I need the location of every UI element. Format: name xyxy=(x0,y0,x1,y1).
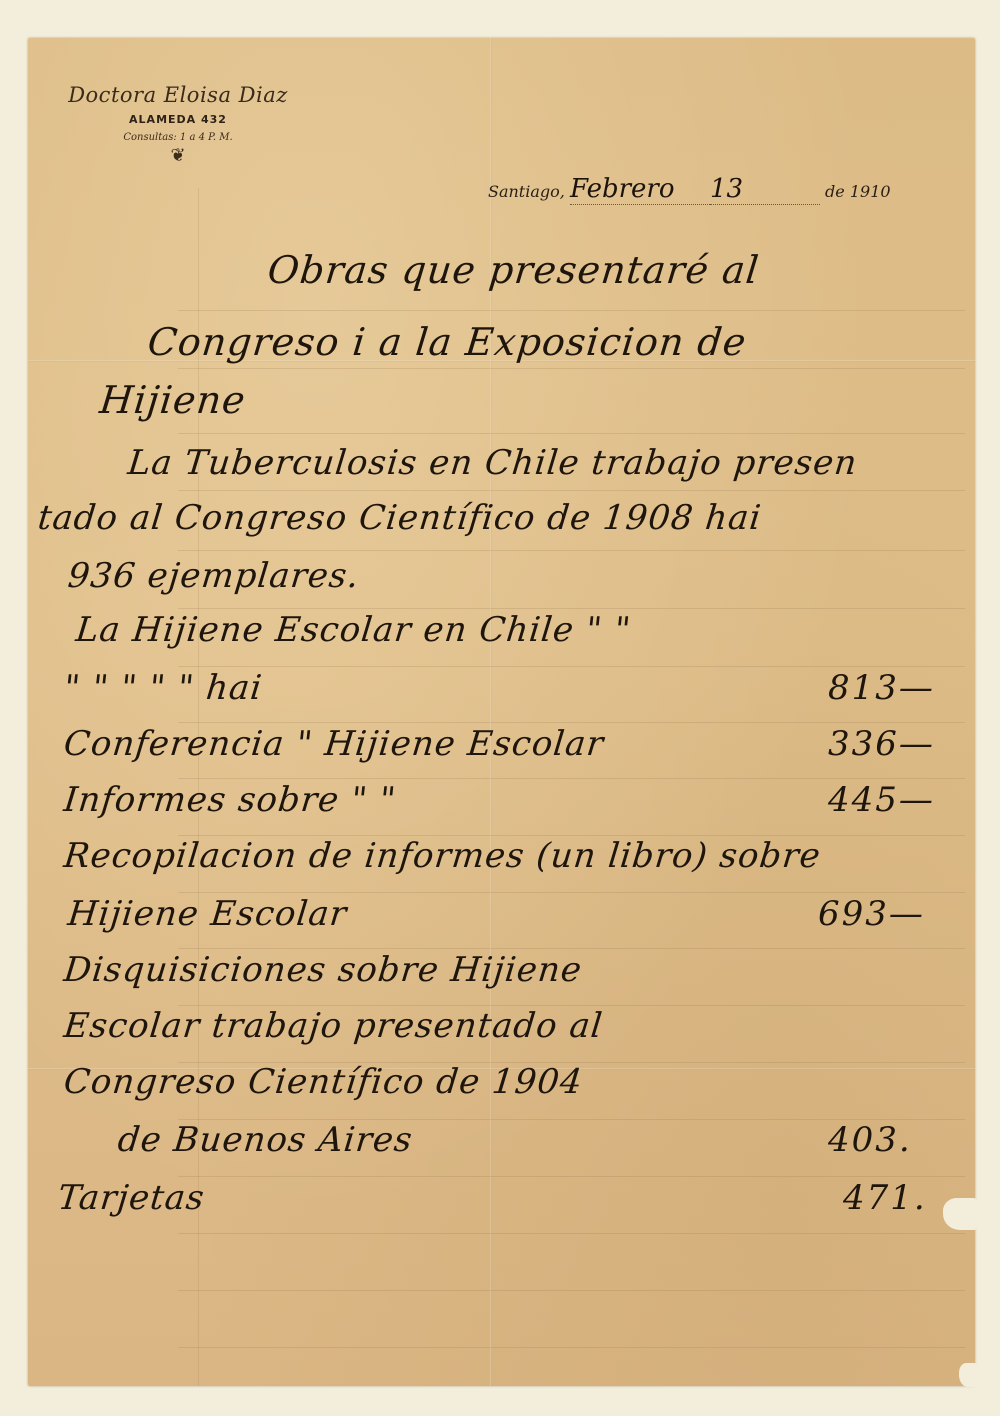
ruled-line xyxy=(178,722,965,723)
dateline: Santiago, Febrero 13 de 1910 xyxy=(488,174,958,205)
entry-line: de Buenos Aires xyxy=(116,1120,415,1160)
ruled-line xyxy=(178,1290,965,1291)
copies-count: 693— xyxy=(818,894,925,934)
ruled-line xyxy=(178,948,965,949)
entry-line: " " " " " hai xyxy=(62,668,264,708)
ruled-line xyxy=(178,490,965,491)
fold-crease-vertical xyxy=(490,38,492,1386)
entry-line: Conferencia " Hijiene Escolar xyxy=(62,724,606,764)
entry-line: tado al Congreso Científico de 1908 hai xyxy=(36,498,764,538)
letterhead-address: ALAMEDA 432 xyxy=(48,113,308,126)
entry-line: Disquisiciones sobre Hijiene xyxy=(62,950,584,990)
heading-line: Hijiene xyxy=(98,378,248,422)
ruled-line xyxy=(178,550,965,551)
entry-line: Hijiene Escolar xyxy=(66,894,349,934)
entry-line: Informes sobre " " xyxy=(62,780,398,820)
heading-line: Congreso i a la Exposicion de xyxy=(146,320,749,364)
letterhead-hours: Consultas: 1 a 4 P. M. xyxy=(48,132,308,143)
ruled-line xyxy=(178,1176,965,1177)
ruled-line xyxy=(178,1233,965,1234)
torn-edge xyxy=(959,1363,977,1387)
entry-line: Congreso Científico de 1904 xyxy=(62,1062,585,1102)
torn-edge xyxy=(943,1198,977,1230)
entry-line: La Hijiene Escolar en Chile " " xyxy=(74,610,633,650)
dateline-city: Santiago, xyxy=(488,182,565,201)
ruled-line xyxy=(178,892,965,893)
copies-count: 336— xyxy=(828,724,935,764)
ruled-line xyxy=(178,1347,965,1348)
ruled-line xyxy=(178,368,965,369)
dateline-year: 1910 xyxy=(850,182,891,201)
letterhead: Doctora Eloisa Diaz ALAMEDA 432 Consulta… xyxy=(48,83,308,165)
letterhead-name: Doctora Eloisa Diaz xyxy=(48,83,308,107)
dateline-month: Febrero xyxy=(570,174,675,204)
ruled-line xyxy=(178,778,965,779)
copies-count: 445— xyxy=(828,780,935,820)
dateline-day: 13 xyxy=(710,174,743,204)
letter-sheet: Doctora Eloisa Diaz ALAMEDA 432 Consulta… xyxy=(28,38,975,1386)
ruled-line xyxy=(178,608,965,609)
heading-line: Obras que presentaré al xyxy=(266,248,762,292)
copies-count: 471. xyxy=(843,1178,927,1218)
entry-line: Tarjetas xyxy=(56,1178,207,1218)
ruled-line xyxy=(178,433,965,434)
entry-line: Recopilacion de informes (un libro) sobr… xyxy=(62,836,823,876)
copies-count: 813— xyxy=(828,668,935,708)
ornament-icon: ❦ xyxy=(48,147,308,165)
dateline-de: de xyxy=(825,182,845,201)
ruled-line xyxy=(178,310,965,311)
copies-count: 403. xyxy=(828,1120,912,1160)
entry-line: 936 ejemplares. xyxy=(66,556,361,596)
ruled-line xyxy=(178,666,965,667)
entry-line: Escolar trabajo presentado al xyxy=(62,1006,605,1046)
entry-line: La Tuberculosis en Chile trabajo presen xyxy=(126,443,860,483)
